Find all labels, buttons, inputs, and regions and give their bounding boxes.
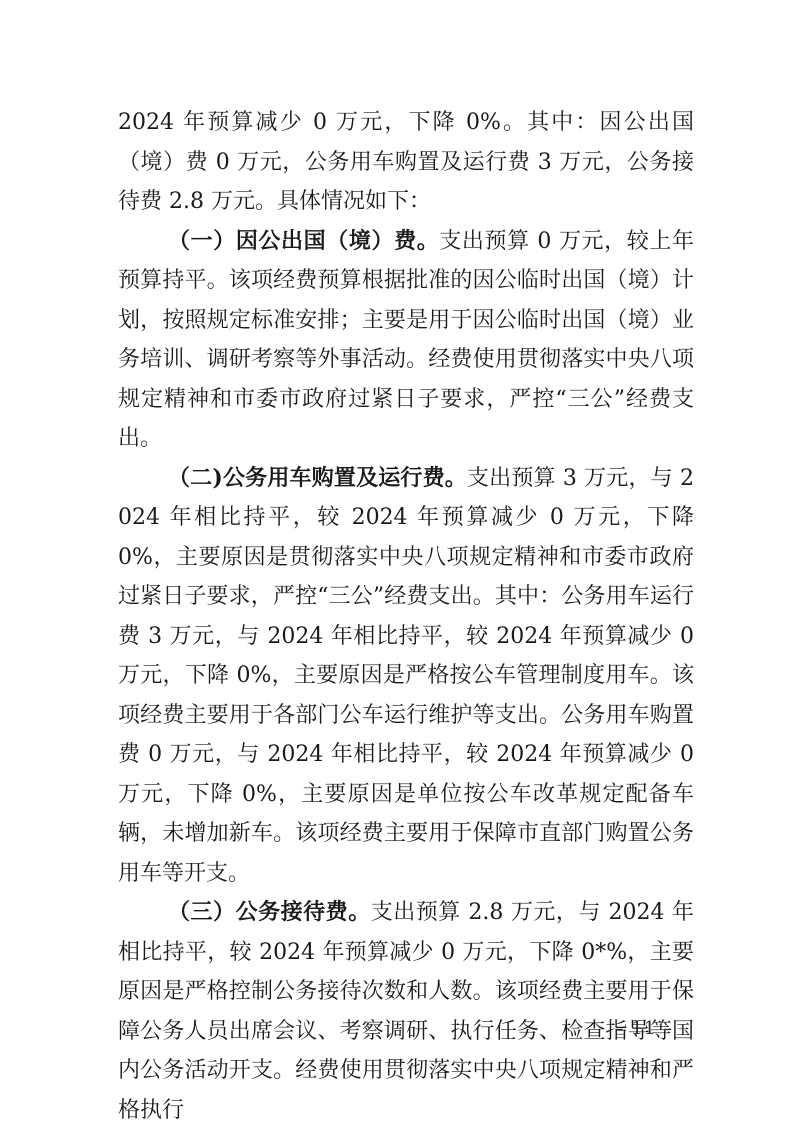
section-2-heading: （二)公务用车购置及运行费。 <box>168 465 467 491</box>
page-number: – 11 – <box>615 1018 673 1039</box>
section-1-text: 支出预算 0 万元，较上年预算持平。该项经费预算根据批准的因公临时出国（境）计划… <box>118 229 694 452</box>
paragraph-continuation: 2024 年预算减少 0 万元，下降 0%。其中：因公出国（境）费 0 万元，公… <box>118 103 694 222</box>
paragraph-section-1: （一）因公出国（境）费。支出预算 0 万元，较上年预算持平。该项经费预算根据批准… <box>118 222 694 459</box>
section-3-heading: （三）公务接待费。 <box>168 899 371 925</box>
document-page: 2024 年预算减少 0 万元，下降 0%。其中：因公出国（境）费 0 万元，公… <box>0 0 793 1122</box>
section-3-text: 支出预算 2.8 万元，与 2024 年相比持平，较 2024 年预算减少 0 … <box>118 900 694 1122</box>
paragraph-section-2: （二)公务用车购置及运行费。支出预算 3 万元，与 2024 年相比持平，较 2… <box>118 459 694 894</box>
paragraph-section-3: （三）公务接待费。支出预算 2.8 万元，与 2024 年相比持平，较 2024… <box>118 893 694 1122</box>
section-2-text: 支出预算 3 万元，与 2024 年相比持平，较 2024 年预算减少 0 万元… <box>118 466 694 886</box>
section-1-heading: （一）因公出国（境）费。 <box>168 228 439 254</box>
page-body: 2024 年预算减少 0 万元，下降 0%。其中：因公出国（境）费 0 万元，公… <box>118 103 694 1122</box>
